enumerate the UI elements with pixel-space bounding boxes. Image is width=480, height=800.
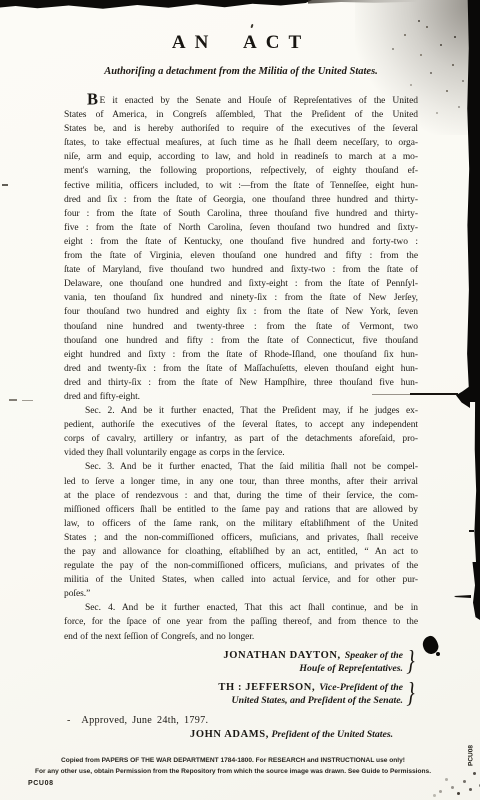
- president-title: Preſident of the United States.: [271, 729, 393, 740]
- approval-text: Approved, June 24th, 1797.: [81, 715, 208, 726]
- text-line-dropcap: BE it enacted by the Senate and Houſe of…: [64, 94, 418, 108]
- text-line: poſes.”: [64, 587, 418, 601]
- archive-stamp-line1: Copied from PAPERS OF THE WAR DEPARTMENT…: [0, 756, 466, 767]
- text-line: eight hundred and ſixty : from the ſtate…: [64, 348, 418, 362]
- text-line: dred and fifty-eight.: [64, 390, 418, 404]
- archive-stamp: Copied from PAPERS OF THE WAR DEPARTMENT…: [0, 756, 466, 777]
- text-line: end of the next ſeſſion of Congreſs, and…: [64, 630, 418, 644]
- signature-president: JOHN ADAMS, Preſident of the United Stat…: [64, 729, 418, 740]
- text-line: vided they ſhall voluntarily engage as c…: [64, 446, 418, 460]
- vice-president-name: TH : JEFFERSON,: [218, 682, 315, 693]
- document-content: AN ACT Authoriſing a detachment from the…: [64, 0, 418, 740]
- president-name: JOHN ADAMS,: [190, 729, 269, 740]
- text-line: five : from the ſtate of North Carolina,…: [64, 221, 418, 235]
- text-line: Sec. 2. And be it further enacted, That …: [64, 404, 418, 418]
- edge-tick-mark-lower: [454, 595, 471, 598]
- text-line: miſſioned officers ſhall be entitled to …: [64, 503, 418, 517]
- text-line: from the ſtate of Virginia, eleven thouſ…: [64, 249, 418, 263]
- vice-president-title-line2: United States, and Preſident of the Sena…: [218, 694, 403, 708]
- scan-edge-right-bar-bottom: [470, 562, 480, 620]
- text-line: dred and twenty-ſix : from the ſtate of …: [64, 362, 418, 376]
- paragraph-section-4: Sec. 4. And be it further enacted, That …: [64, 601, 418, 643]
- text-line: force, for the ſpace of one year from th…: [64, 615, 418, 629]
- text-line: dred and thirty-ſix : from the ſtate of …: [64, 376, 418, 390]
- text-line: law, to officers of the ſame rank, on th…: [64, 517, 418, 531]
- text-line: dred and ſix : from the ſtate of Georgia…: [64, 193, 418, 207]
- text-line: led to ſerve a longer time, in any one t…: [64, 475, 418, 489]
- ink-blot-dot: [436, 652, 440, 656]
- paragraph-enacting-clause: BE it enacted by the Senate and Houſe of…: [64, 94, 418, 404]
- archive-id-label-rotated: PCU08: [468, 739, 475, 773]
- text-line: regulate the pay of the non-commiſſioned…: [64, 559, 418, 573]
- signature-block: JONATHAN DAYTON, Speaker of the Houſe of…: [64, 647, 418, 740]
- margin-mark: [9, 399, 17, 401]
- approval-line: - Approved, June 24th, 1797.: [64, 715, 418, 726]
- scanned-document-page: AN ACT Authoriſing a detachment from the…: [0, 0, 480, 800]
- text-line: Sec. 4. And be it further enacted, That …: [64, 601, 418, 615]
- scan-speckles-top-right: [418, 20, 420, 22]
- text-line: fective militia, officers included, to w…: [64, 179, 418, 193]
- text-line: militia of the United States, when calle…: [64, 573, 418, 587]
- margin-mark: [22, 400, 33, 401]
- document-title: AN ACT: [64, 32, 418, 54]
- text-line: four thouſand two hundred and eighty ſix…: [64, 305, 418, 319]
- margin-dash: -: [67, 715, 70, 726]
- text-line: Delaware, one thouſand one hundred and ſ…: [64, 277, 418, 291]
- paper-tear-wedge: [456, 386, 470, 408]
- text-line: thouſand one hundred and fifty : from th…: [64, 334, 418, 348]
- edge-tick-mark: [469, 530, 474, 532]
- speaker-title-line1: Speaker of the: [345, 650, 403, 661]
- text-line: at the place of rendezvous : and that, d…: [64, 489, 418, 503]
- text-line: States ; and the non-commiſſioned office…: [64, 531, 418, 545]
- text-line: thouſand nine hundred and twenty-three :…: [64, 320, 418, 334]
- text-line: pedient, authoriſe the executives of the…: [64, 418, 418, 432]
- text-line: E it enacted by the Senate and Houſe of …: [100, 96, 418, 106]
- signature-speaker: JONATHAN DAYTON, Speaker of the Houſe of…: [64, 647, 418, 676]
- text-line: ment's warning, the following proportion…: [64, 164, 418, 178]
- margin-mark: [2, 184, 8, 186]
- document-body: BE it enacted by the Senate and Houſe of…: [64, 94, 418, 644]
- signature-vice-president: TH : JEFFERSON, Vice-Preſident of the Un…: [64, 679, 418, 708]
- text-line: ſtates, to take effectual meaſures, at ſ…: [64, 136, 418, 150]
- paragraph-section-2: Sec. 2. And be it further enacted, That …: [64, 404, 418, 460]
- text-line: the pay and allowance for cloathing, eſt…: [64, 545, 418, 559]
- archive-stamp-line2: For any other use, obtain Permission fro…: [0, 767, 466, 778]
- document-subtitle: Authoriſing a detachment from the Militi…: [64, 66, 418, 77]
- text-line: corps of cavalry, artillery or infantry,…: [64, 432, 418, 446]
- text-line: States be, and is hereby authoriſed to r…: [64, 122, 418, 136]
- vice-president-title-line1: Vice-Preſident of the: [319, 682, 403, 693]
- text-line: eight : from the ſtate of Kentucky, one …: [64, 235, 418, 249]
- scan-edge-right-bar-lower: [473, 400, 480, 565]
- text-line: States of America, in Congreſs aſſembled…: [64, 108, 418, 122]
- speaker-name: JONATHAN DAYTON,: [223, 650, 340, 661]
- text-line: ſtate of Maryland, five thouſand two hun…: [64, 263, 418, 277]
- text-line: niſe, arm and equip, according to law, a…: [64, 150, 418, 164]
- curly-brace: }: [404, 677, 418, 710]
- text-line: vania, ten thouſand ſix hundred and nine…: [64, 291, 418, 305]
- archive-id-label: PCU08: [28, 780, 54, 787]
- text-line: Sec. 3. And be it further enacted, That …: [64, 460, 418, 474]
- paragraph-section-3: Sec. 3. And be it further enacted, That …: [64, 460, 418, 601]
- speaker-title-line2: Houſe of Repreſentatives.: [223, 662, 403, 676]
- text-line: four : from the ſtate of South Carolina,…: [64, 207, 418, 221]
- drop-cap-letter: B: [87, 90, 100, 109]
- curly-brace: }: [404, 645, 418, 678]
